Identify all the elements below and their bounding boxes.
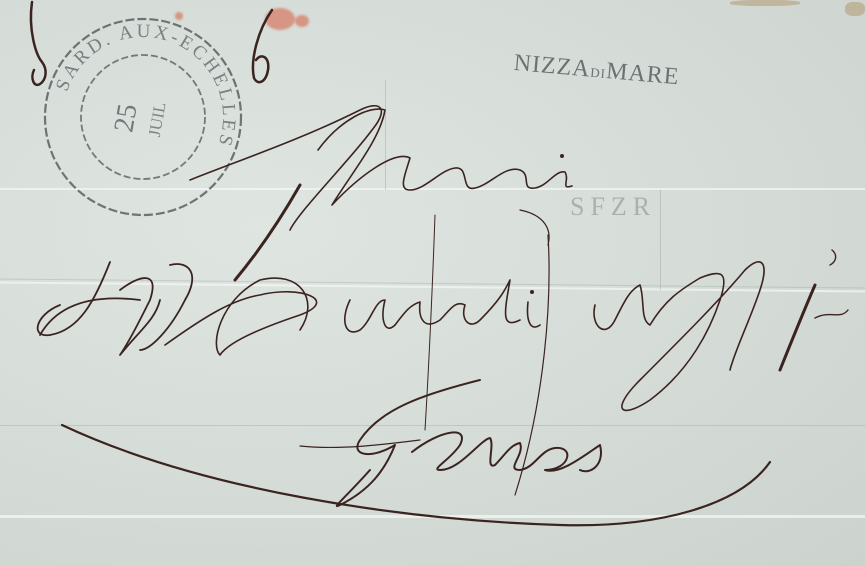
address-line-2 (38, 262, 193, 355)
manuscript-address (0, 0, 865, 566)
address-line-1 (190, 106, 572, 230)
rate-mark-left (31, 2, 46, 85)
letter-cover: SARD. AUX-ECHELLES 25 JUIL NIZZADIMARE S… (0, 0, 865, 566)
address-line-3 (337, 380, 601, 506)
rate-mark-right (253, 10, 272, 82)
